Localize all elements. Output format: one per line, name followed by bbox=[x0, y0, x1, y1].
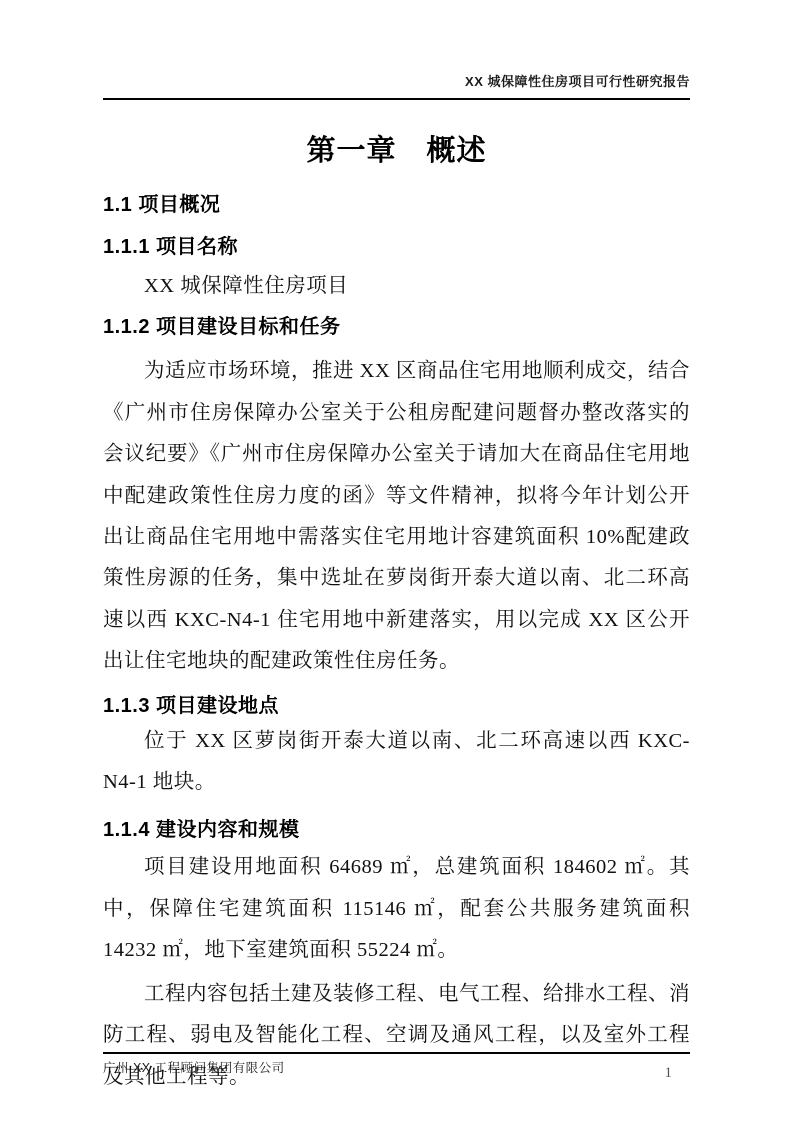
section-heading-1-1-1: 1.1.1 项目名称 bbox=[103, 237, 690, 258]
document-page: XX 城保障性住房项目可行性研究报告 第一章 概述 1.1 项目概况 1.1.1… bbox=[0, 0, 793, 1122]
section-heading-1-1-4: 1.1.4 建设内容和规模 bbox=[103, 820, 690, 841]
page-footer: 广州 XX 工程顾问集团有限公司 1 bbox=[103, 1052, 690, 1083]
chapter-title: 第一章 概述 bbox=[103, 136, 690, 166]
footer-company: 广州 XX 工程顾问集团有限公司 bbox=[103, 1059, 285, 1077]
section-heading-1-1-3: 1.1.3 项目建设地点 bbox=[103, 696, 690, 717]
document-content: XX 城保障性住房项目可行性研究报告 第一章 概述 1.1 项目概况 1.1.1… bbox=[103, 0, 690, 1098]
section-heading-1-1-2: 1.1.2 项目建设目标和任务 bbox=[103, 317, 690, 338]
running-title: XX 城保障性住房项目可行性研究报告 bbox=[465, 74, 690, 89]
paragraph-goals-and-tasks: 为适应市场环境，推进 XX 区商品住宅用地顺利成交，结合《广州市住房保障办公室关… bbox=[103, 351, 690, 682]
paragraph-location: 位于 XX 区萝岗街开泰大道以南、北二环高速以西 KXC-N4-1 地块。 bbox=[103, 721, 690, 804]
paragraph-project-name: XX 城保障性住房项目 bbox=[103, 266, 690, 307]
section-heading-1-1: 1.1 项目概况 bbox=[103, 195, 690, 216]
paragraph-scale-areas: 项目建设用地面积 64689 ㎡，总建筑面积 184602 ㎡。其中，保障住宅建… bbox=[103, 847, 690, 971]
page-header: XX 城保障性住房项目可行性研究报告 bbox=[103, 0, 690, 100]
page-number: 1 bbox=[665, 1059, 691, 1083]
